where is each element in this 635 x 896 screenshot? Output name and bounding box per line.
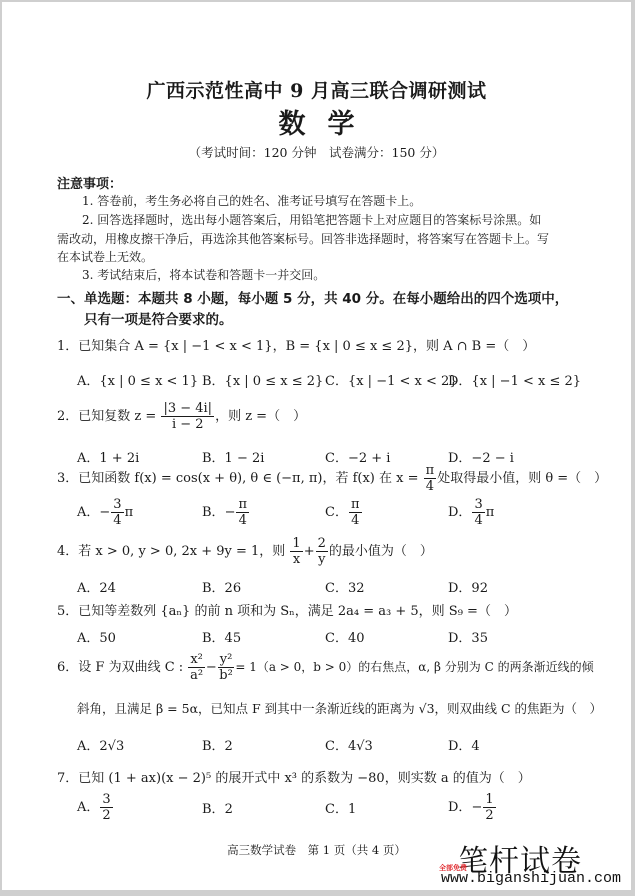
question-number: 2． bbox=[57, 409, 78, 424]
question-stem: 若 x > 0, y > 0, 2x + 9y = 1，则 bbox=[78, 544, 285, 559]
question-stem-tail: 的最小值为（ ） bbox=[329, 544, 433, 559]
section-heading-cont: 只有一项是符合要求的。 bbox=[84, 308, 233, 328]
question-4: 4．若 x > 0, y > 0, 2x + 9y = 1，则 1x+2y的最小… bbox=[57, 537, 433, 566]
notice-heading: 注意事项： bbox=[57, 173, 122, 192]
option-a[interactable]: A．2√3 bbox=[77, 735, 124, 754]
notice-item: 需改动，用橡皮擦干净后，再选涂其他答案标号。回答非选择题时，将答案写在答题卡上。… bbox=[57, 230, 549, 247]
exam-page: 广西示范性高中 9 月高三联合调研测试 数学 （考试时间：120 分钟 试卷满分… bbox=[2, 2, 631, 890]
option-b[interactable]: B．2 bbox=[202, 798, 233, 817]
fraction: 32 bbox=[100, 793, 112, 822]
question-number: 6． bbox=[57, 660, 78, 675]
option-d[interactable]: D．−12 bbox=[448, 793, 497, 822]
question-number: 3． bbox=[57, 471, 78, 486]
question-6-cont: 斜角，且满足 β = 5α，已知点 F 到其中一条渐近线的距离为 √3，则双曲线… bbox=[77, 699, 602, 717]
fraction: π4 bbox=[349, 498, 362, 527]
option-c[interactable]: C．32 bbox=[325, 577, 365, 596]
fraction: 34 bbox=[472, 498, 484, 527]
option-c[interactable]: C．{x | −1 < x < 2} bbox=[325, 370, 458, 389]
notice-item: 在本试卷上无效。 bbox=[57, 248, 153, 265]
fraction: x²a² bbox=[188, 653, 205, 682]
question-2: 2．已知复数 z = |3 − 4i|i − 2，则 z =（ ） bbox=[57, 402, 306, 431]
question-number: 1． bbox=[57, 339, 78, 354]
fraction: π4 bbox=[236, 498, 249, 527]
question-stem-tail: 处取得最小值，则 θ =（ ） bbox=[437, 471, 607, 486]
option-b[interactable]: B．2 bbox=[202, 735, 233, 754]
fraction: π4 bbox=[424, 464, 437, 493]
option-a[interactable]: A．50 bbox=[77, 627, 116, 646]
option-a[interactable]: A．−34π bbox=[77, 498, 133, 527]
option-a[interactable]: A．{x | 0 ≤ x < 1} bbox=[77, 370, 198, 389]
option-a[interactable]: A．24 bbox=[77, 577, 116, 596]
question-stem: 已知集合 bbox=[78, 339, 130, 354]
notice-item: 3. 考试结束后，将本试卷和答题卡一并交回。 bbox=[82, 266, 325, 283]
option-d[interactable]: D．92 bbox=[448, 577, 488, 596]
option-b[interactable]: B．26 bbox=[202, 577, 241, 596]
option-b[interactable]: B．−π4 bbox=[202, 498, 250, 527]
question-stem: 已知 (1 + ax)(x − 2)⁵ 的展开式中 x³ 的系数为 −80，则实… bbox=[78, 771, 530, 786]
option-d[interactable]: D．4 bbox=[448, 735, 480, 754]
question-7: 7．已知 (1 + ax)(x − 2)⁵ 的展开式中 x³ 的系数为 −80，… bbox=[57, 767, 531, 786]
fraction: y²b² bbox=[218, 653, 235, 682]
option-d[interactable]: D．35 bbox=[448, 627, 488, 646]
fraction: 2y bbox=[316, 537, 328, 566]
question-6: 6．设 F 为双曲线 C : x²a²−y²b²= 1（a > 0，b > 0）… bbox=[57, 653, 594, 682]
option-a[interactable]: A．32 bbox=[77, 793, 114, 822]
question-stem: 已知复数 z = bbox=[78, 409, 156, 424]
question-stem: 已知等差数列 {aₙ} 的前 n 项和为 Sₙ，满足 2a₄ = a₃ + 5，… bbox=[78, 604, 517, 619]
question-number: 7． bbox=[57, 771, 78, 786]
fraction: 34 bbox=[111, 498, 123, 527]
question-stem: 已知函数 f(x) = cos(x + θ), θ ∈ (−π, π)，若 f(… bbox=[78, 471, 418, 486]
option-d[interactable]: D．34π bbox=[448, 498, 494, 527]
subject-heading: 数学 bbox=[2, 102, 631, 141]
fraction: |3 − 4i|i − 2 bbox=[161, 402, 214, 431]
notice-item: 1. 答卷前，考生务必将自己的姓名、准考证号填写在答题卡上。 bbox=[82, 192, 421, 209]
question-stem-tail: ，则 z =（ ） bbox=[215, 409, 306, 424]
question-3: 3．已知函数 f(x) = cos(x + θ), θ ∈ (−π, π)，若 … bbox=[57, 464, 607, 493]
option-c[interactable]: C．40 bbox=[325, 627, 365, 646]
option-b[interactable]: B．{x | 0 ≤ x ≤ 2} bbox=[202, 370, 323, 389]
question-number: 4． bbox=[57, 544, 78, 559]
question-1: 1．已知集合 A = {x | −1 < x < 1}，B = {x | 0 ≤… bbox=[57, 335, 535, 354]
option-c[interactable]: C．4√3 bbox=[325, 735, 373, 754]
option-d[interactable]: D．{x | −1 < x ≤ 2} bbox=[448, 370, 581, 389]
exam-title: 广西示范性高中 9 月高三联合调研测试 bbox=[2, 76, 631, 103]
notice-item: 2. 回答选择题时，选出每小题答案后，用铅笔把答题卡上对应题目的答案标号涂黑。如 bbox=[82, 211, 541, 228]
option-c[interactable]: C．1 bbox=[325, 798, 356, 817]
question-number: 5． bbox=[57, 604, 78, 619]
section-heading: 一、单选题：本题共 8 小题，每小题 5 分，共 40 分。在每小题给出的四个选… bbox=[57, 287, 568, 307]
question-stem: 设 F 为双曲线 C : bbox=[78, 660, 183, 675]
watermark-url[interactable]: www.biganshijuan.com bbox=[441, 870, 621, 887]
option-b[interactable]: B．45 bbox=[202, 627, 241, 646]
question-stem-tail: = 1（a > 0，b > 0）的右焦点，α, β 分别为 C 的两条渐近线的倾 bbox=[235, 660, 593, 674]
exam-subtitle: （考试时间：120 分钟 试卷满分：150 分） bbox=[2, 143, 631, 161]
fraction: 1x bbox=[290, 537, 302, 566]
question-math: A = {x | −1 < x < 1}，B = {x | 0 ≤ x ≤ 2}… bbox=[134, 339, 535, 354]
option-c[interactable]: C．π4 bbox=[325, 498, 363, 527]
question-5: 5．已知等差数列 {aₙ} 的前 n 项和为 Sₙ，满足 2a₄ = a₃ + … bbox=[57, 600, 517, 619]
fraction: 12 bbox=[483, 793, 495, 822]
